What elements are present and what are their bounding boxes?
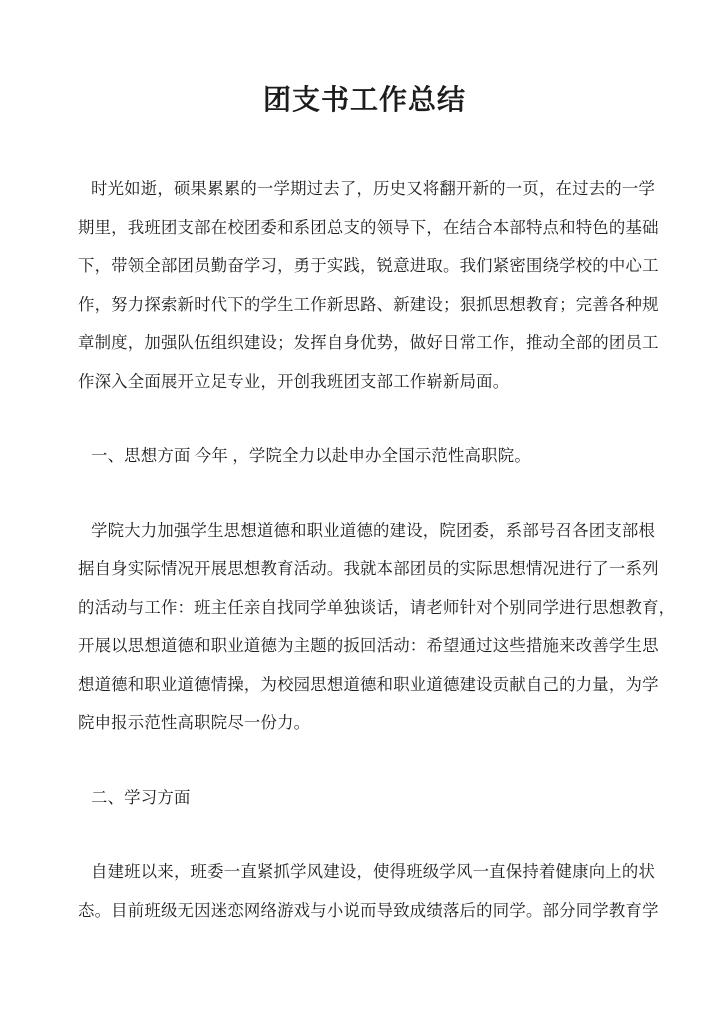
text-line: 想道德和职业道德情操，为校园思想道德和职业道德建设贡献自己的力量，为学 bbox=[78, 666, 651, 705]
text-line: 章制度，加强队伍组织建设；发挥自身优势，做好日常工作，推动全部的团员工 bbox=[78, 324, 651, 363]
opening-paragraph: 时光如逝，硕果累累的一学期过去了，历史又将翻开新的一页，在过去的一学 期里，我班… bbox=[78, 170, 651, 401]
text-line: 作深入全面展开立足专业，开创我班团支部工作崭新局面。 bbox=[78, 363, 651, 402]
text-line: 下，带领全部团员勤奋学习，勇于实践，锐意进取。我们紧密围绕学校的中心工 bbox=[78, 247, 651, 286]
text-line: 院申报示范性高职院尽一份力。 bbox=[78, 704, 651, 743]
heading-line: 二、学习方面 bbox=[78, 779, 651, 818]
text-line: 据自身实际情况开展思想教育活动。我就本部团员的实际思想情况进行了一系列 bbox=[78, 550, 651, 589]
study-paragraph: 自建班以来，班委一直紧抓学风建设，使得班级学风一直保持着健康向上的状 态。目前班… bbox=[78, 853, 651, 930]
text-line: 自建班以来，班委一直紧抓学风建设，使得班级学风一直保持着健康向上的状 bbox=[78, 853, 651, 892]
section-heading-ideology: 一、思想方面 今年 ，学院全力以赴申办全国示范性高职院。 bbox=[78, 437, 651, 476]
text-line: 态。目前班级无因迷恋网络游戏与小说而导致成绩落后的同学。部分同学教育学 bbox=[78, 892, 651, 931]
text-line: 时光如逝，硕果累累的一学期过去了，历史又将翻开新的一页，在过去的一学 bbox=[78, 170, 651, 209]
text-line: 开展以思想道德和职业道德为主题的扳回活动：希望通过这些措施来改善学生思 bbox=[78, 627, 651, 666]
ideology-paragraph: 学院大力加强学生思想道德和职业道德的建设，院团委，系部号召各团支部根 据自身实际… bbox=[78, 512, 651, 743]
document-title: 团支书工作总结 bbox=[78, 80, 651, 122]
heading-line: 一、思想方面 今年 ，学院全力以赴申办全国示范性高职院。 bbox=[78, 437, 651, 476]
text-line: 学院大力加强学生思想道德和职业道德的建设，院团委，系部号召各团支部根 bbox=[78, 512, 651, 551]
text-line: 期里，我班团支部在校团委和系团总支的领导下，在结合本部特点和特色的基础 bbox=[78, 209, 651, 248]
text-line: 的活动与工作：班主任亲自找同学单独谈话，请老师针对个别同学进行思想教育， bbox=[78, 589, 651, 628]
document-page: 团支书工作总结 时光如逝，硕果累累的一学期过去了，历史又将翻开新的一页，在过去的… bbox=[0, 0, 721, 1020]
section-heading-study: 二、学习方面 bbox=[78, 779, 651, 818]
text-line: 作，努力探索新时代下的学生工作新思路、新建设；狠抓思想教育；完善各种规 bbox=[78, 286, 651, 325]
